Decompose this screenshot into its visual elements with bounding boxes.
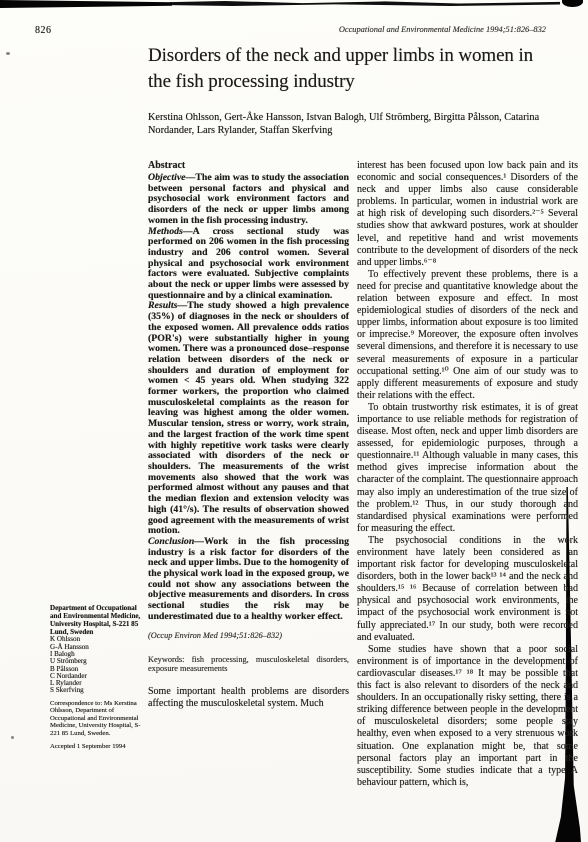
scan-speck xyxy=(11,736,14,739)
scan-artifact-top-corner-blob xyxy=(562,0,583,7)
body-intro-paragraph: Some important health problems are disor… xyxy=(148,686,349,710)
abstract-methods: Methods—A cross sectional study was perf… xyxy=(148,227,349,302)
abstract-methods-label: Methods— xyxy=(148,226,193,237)
page-number: 826 xyxy=(35,25,52,36)
affiliation-address: Department of Occupational and Environme… xyxy=(50,604,144,636)
accepted-date: Accepted 1 September 1994 xyxy=(50,743,144,751)
abstract-heading: Abstract xyxy=(148,160,349,171)
affiliation-author: S Skerfving xyxy=(50,687,144,694)
abstract-objective-label: Objective— xyxy=(148,172,195,183)
affiliation-block: Department of Occupational and Environme… xyxy=(50,604,144,751)
body-paragraph: To obtain trustworthy risk estimates, it… xyxy=(357,402,578,535)
keywords-line: Keywords: fish processing, musculoskelet… xyxy=(148,655,349,674)
body-paragraph: To effectively prevent these problems, t… xyxy=(357,269,578,402)
body-paragraph: Some studies have shown that a poor soci… xyxy=(357,644,578,789)
body-paragraph: interest has been focused upon low back … xyxy=(357,160,578,269)
body-column: interest has been focused upon low back … xyxy=(357,160,578,789)
scan-artifact-top-strip-right xyxy=(170,1,560,6)
abstract-results: Results—The study showed a high prevalen… xyxy=(148,301,349,536)
article-title: Disorders of the neck and upper limbs in… xyxy=(148,43,546,95)
abstract-column: Abstract Objective—The aim was to study … xyxy=(148,160,349,710)
author-line: Kerstina Ohlsson, Gert-Åke Hansson, Istv… xyxy=(148,112,576,137)
journal-page: 826 Occupational and Environmental Medic… xyxy=(0,0,588,842)
abstract-results-label: Results— xyxy=(148,300,187,311)
scan-artifact-top-strip-left xyxy=(0,0,172,8)
abstract-conclusion: Conclusion—Work in the fish processing i… xyxy=(148,537,349,623)
journal-reference: Occupational and Environmental Medicine … xyxy=(300,25,546,34)
abstract-results-text: The study showed a high prevalence (35%)… xyxy=(148,300,349,536)
abstract-conclusion-label: Conclusion— xyxy=(148,536,204,547)
abstract-conclusion-text: Work in the fish processing industry is … xyxy=(148,536,349,622)
scan-speck xyxy=(6,52,10,55)
abstract-objective: Objective—The aim was to study the assoc… xyxy=(148,173,349,227)
abstract-citation: (Occup Environ Med 1994;51:826–832) xyxy=(148,631,349,640)
abstract-methods-text: A cross sectional study was performed on… xyxy=(148,226,349,301)
body-paragraph: The psychosocial conditions in the work … xyxy=(357,535,578,644)
correspondence-note: Correspondence to: Ms Kerstina Ohlsson, … xyxy=(50,700,144,738)
